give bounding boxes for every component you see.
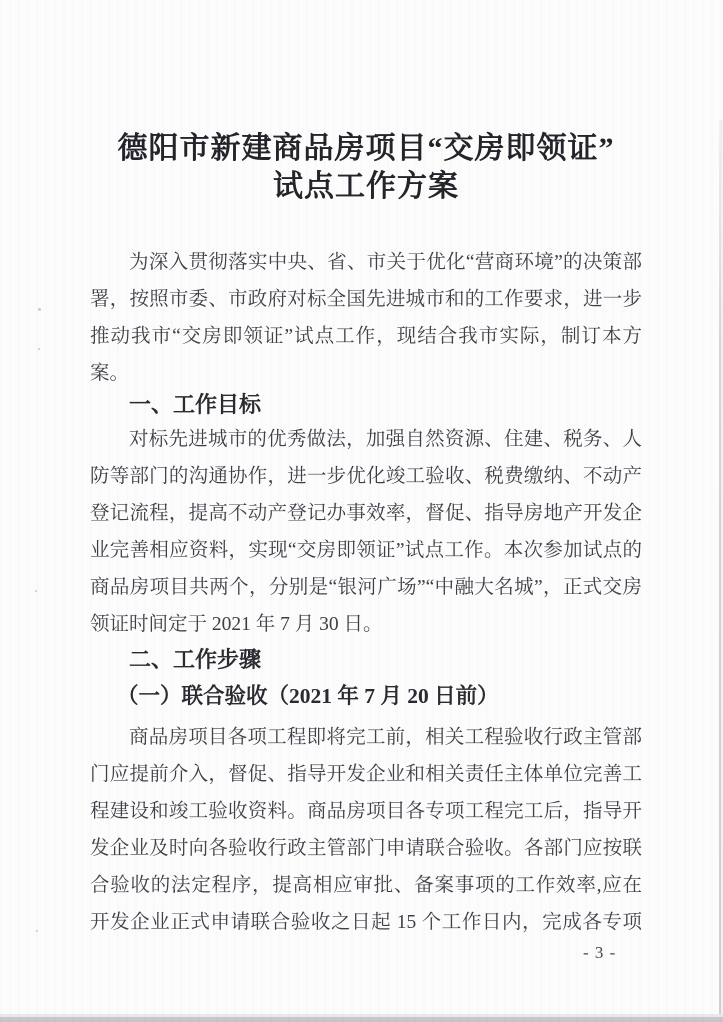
paragraph-line: 署，按照市委、市政府对标全国先进城市和的工作要求，进一步 <box>90 281 642 318</box>
document-content: 德阳市新建商品房项目“交房即领证” 试点工作方案 为深入贯彻落实中央、省、市关于… <box>90 130 642 941</box>
section-2-paragraph: 商品房项目各项工程即将完工前，相关工程验收行政主管部 门应提前介入，督促、指导开… <box>90 719 642 941</box>
scan-speck <box>38 308 41 311</box>
paragraph-line: 合验收的法定程序，提高相应审批、备案事项的工作效率,应在 <box>90 867 642 904</box>
intro-paragraph: 为深入贯彻落实中央、省、市关于优化“营商环境”的决策部 署，按照市委、市政府对标… <box>90 244 642 392</box>
scan-bottom-strip <box>0 1017 723 1022</box>
document-body: 为深入贯彻落实中央、省、市关于优化“营商环境”的决策部 署，按照市委、市政府对标… <box>90 244 642 941</box>
scan-speck <box>35 590 37 592</box>
paragraph-line: 推动我市“交房即领证”试点工作，现结合我市实际，制订本方 <box>90 318 642 355</box>
paragraph-line: 防等部门的沟通协作，进一步优化竣工验收、税费缴纳、不动产 <box>90 458 642 495</box>
paragraph-line: 为深入贯彻落实中央、省、市关于优化“营商环境”的决策部 <box>90 244 642 281</box>
scan-page-edge-line <box>719 120 721 1017</box>
section-1-paragraph: 对标先进城市的优秀做法，加强自然资源、住建、税务、人 防等部门的沟通协作，进一步… <box>90 421 642 643</box>
paragraph-line: 业完善相应资料，实现“交房即领证”试点工作。本次参加试点的 <box>90 532 642 569</box>
page-number: - 3 - <box>583 943 616 963</box>
paragraph-line: 商品房项目各项工程即将完工前，相关工程验收行政主管部 <box>90 719 642 756</box>
paragraph-line: 发企业及时向各验收行政主管部门申请联合验收。各部门应按联 <box>90 830 642 867</box>
paragraph-line: 对标先进城市的优秀做法，加强自然资源、住建、税务、人 <box>90 421 642 458</box>
section-2-subsection-heading: （一）联合验收（2021 年 7 月 20 日前） <box>90 678 642 715</box>
section-2-heading: 二、工作步骤 <box>90 641 642 678</box>
scan-speck <box>36 930 38 932</box>
paragraph-line: 领证时间定于 2021 年 7 月 30 日。 <box>90 606 642 643</box>
scanned-document-page: 德阳市新建商品房项目“交房即领证” 试点工作方案 为深入贯彻落实中央、省、市关于… <box>0 0 723 1022</box>
document-title-line-2: 试点工作方案 <box>90 168 642 206</box>
paragraph-line: 程建设和竣工验收资料。商品房项目各专项工程完工后，指导开 <box>90 793 642 830</box>
paragraph-line: 登记流程，提高不动产登记办事效率，督促、指导房地产开发企 <box>90 495 642 532</box>
paragraph-line: 开发企业正式申请联合验收之日起 15 个工作日内，完成各专项 <box>90 904 642 941</box>
paragraph-line: 门应提前介入，督促、指导开发企业和相关责任主体单位完善工 <box>90 756 642 793</box>
document-title-line-1: 德阳市新建商品房项目“交房即领证” <box>90 130 642 168</box>
paragraph-line: 商品房项目共两个，分别是“银河广场”“中融大名城”，正式交房 <box>90 569 642 606</box>
section-1-heading: 一、工作目标 <box>90 386 642 423</box>
document-title: 德阳市新建商品房项目“交房即领证” 试点工作方案 <box>90 130 642 206</box>
scan-speck <box>38 348 40 350</box>
